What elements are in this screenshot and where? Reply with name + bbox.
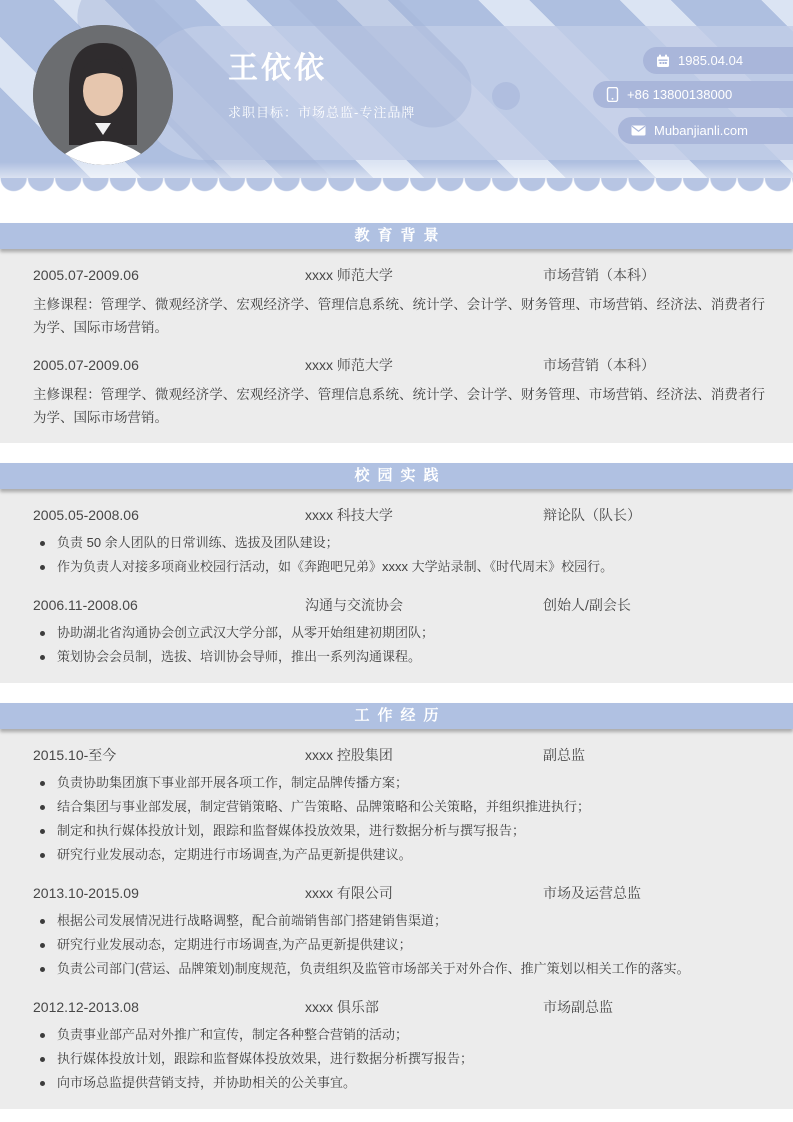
entry: 2006.11-2008.06沟通与交流协会创始人/副会长协助湖北省沟通协会创立… (33, 595, 765, 669)
entry: 2005.07-2009.06xxxx 师范大学市场营销（本科）主修课程：管理学… (33, 265, 765, 339)
section-body: 2015.10-至今xxxx 控股集团副总监负责协助集团旗下事业部开展各项工作，… (0, 729, 793, 1109)
entry-date: 2012.12-2013.08 (33, 997, 305, 1018)
entry-header-row: 2006.11-2008.06沟通与交流协会创始人/副会长 (33, 595, 765, 616)
resume-header: 王依依 求职目标：市场总监-专注品牌 1985.04.04 +86 138001… (0, 0, 793, 178)
entry-role: 市场营销（本科） (543, 355, 765, 376)
section-title: 工作经历 (346, 703, 446, 729)
entry-organization: xxxx 控股集团 (305, 745, 543, 766)
job-objective: 求职目标：市场总监-专注品牌 (228, 102, 415, 121)
bullet-list: 负责协助集团旗下事业部开展各项工作，制定品牌传播方案；结合集团与事业部发展，制定… (33, 771, 765, 867)
section-title: 校园实践 (346, 463, 446, 489)
bullet-item: 向市场总监提供营销支持，并协助相关的公关事宜。 (33, 1071, 765, 1095)
name-block: 王依依 求职目标：市场总监-专注品牌 (228, 52, 415, 121)
avatar (33, 25, 173, 165)
contact-phone-badge: +86 13800138000 (593, 81, 793, 108)
bullet-item: 负责协助集团旗下事业部开展各项工作，制定品牌传播方案； (33, 771, 765, 795)
entry-header-row: 2005.07-2009.06xxxx 师范大学市场营销（本科） (33, 355, 765, 376)
entry-organization: xxxx 有限公司 (305, 883, 543, 904)
entry-role: 创始人/副会长 (543, 595, 765, 616)
section-body: 2005.07-2009.06xxxx 师范大学市场营销（本科）主修课程：管理学… (0, 249, 793, 443)
entry: 2012.12-2013.08xxxx 俱乐部市场副总监负责事业部产品对外推广和… (33, 997, 765, 1095)
phone-text: +86 13800138000 (627, 87, 732, 102)
bullet-item: 制定和执行媒体投放计划，跟踪和监督媒体投放效果，进行数据分析与撰写报告； (33, 819, 765, 843)
sections: 教育背景2005.07-2009.06xxxx 师范大学市场营销（本科）主修课程… (0, 223, 793, 1109)
bullet-item: 负责 50 余人团队的日常训练、选拔及团队建设； (33, 531, 765, 555)
section-body: 2005.05-2008.06xxxx 科技大学辩论队（队长）负责 50 余人团… (0, 489, 793, 683)
bullet-item: 负责事业部产品对外推广和宣传，制定各种整合营销的活动； (33, 1023, 765, 1047)
section-title-bar: 工作经历 (0, 703, 793, 729)
bullet-item: 研究行业发展动态，定期进行市场调查,为产品更新提供建议。 (33, 843, 765, 867)
bullet-item: 结合集团与事业部发展，制定营销策略、广告策略、品牌策略和公关策略，并组织推进执行… (33, 795, 765, 819)
entry-date: 2005.05-2008.06 (33, 505, 305, 526)
course-paragraph: 主修课程：管理学、微观经济学、宏观经济学、管理信息系统、统计学、会计学、财务管理… (33, 293, 765, 339)
section-title-bar: 教育背景 (0, 223, 793, 249)
calendar-icon (656, 54, 670, 68)
entry-date: 2006.11-2008.06 (33, 595, 305, 616)
entry-role: 市场及运营总监 (543, 883, 765, 904)
bullet-list: 负责事业部产品对外推广和宣传，制定各种整合营销的活动；执行媒体投放计划，跟踪和监… (33, 1023, 765, 1095)
entry-organization: xxxx 科技大学 (305, 505, 543, 526)
page-title: 王依依 (228, 52, 415, 86)
entry-organization: xxxx 俱乐部 (305, 997, 543, 1018)
resume-section: 教育背景2005.07-2009.06xxxx 师范大学市场营销（本科）主修课程… (0, 223, 793, 443)
entry-date: 2015.10-至今 (33, 745, 305, 766)
entry: 2015.10-至今xxxx 控股集团副总监负责协助集团旗下事业部开展各项工作，… (33, 745, 765, 867)
bullet-item: 执行媒体投放计划，跟踪和监督媒体投放效果，进行数据分析撰写报告； (33, 1047, 765, 1071)
entry-date: 2013.10-2015.09 (33, 883, 305, 904)
entry-header-row: 2005.07-2009.06xxxx 师范大学市场营销（本科） (33, 265, 765, 286)
resume-section: 工作经历2015.10-至今xxxx 控股集团副总监负责协助集团旗下事业部开展各… (0, 703, 793, 1109)
entry-organization: 沟通与交流协会 (305, 595, 543, 616)
entry-date: 2005.07-2009.06 (33, 355, 305, 376)
bullet-item: 研究行业发展动态，定期进行市场调查,为产品更新提供建议； (33, 933, 765, 957)
bullet-list: 根据公司发展情况进行战略调整，配合前端销售部门搭建销售渠道；研究行业发展动态，定… (33, 909, 765, 981)
entry-header-row: 2005.05-2008.06xxxx 科技大学辩论队（队长） (33, 505, 765, 526)
bullet-item: 作为负责人对接多项商业校园行活动，如《奔跑吧兄弟》xxxx 大学站录制、《时代周… (33, 555, 765, 579)
avatar-placeholder-icon (33, 25, 173, 165)
bullet-item: 负责公司部门(营运、品牌策划)制度规范，负责组织及监管市场部关于对外合作、推广策… (33, 957, 765, 981)
bullet-list: 负责 50 余人团队的日常训练、选拔及团队建设；作为负责人对接多项商业校园行活动… (33, 531, 765, 579)
decorative-circle (492, 82, 520, 110)
entry-header-row: 2012.12-2013.08xxxx 俱乐部市场副总监 (33, 997, 765, 1018)
birthday-text: 1985.04.04 (678, 53, 743, 68)
entry-role: 副总监 (543, 745, 765, 766)
contact-birthday-badge: 1985.04.04 (643, 47, 793, 74)
section-title: 教育背景 (346, 223, 446, 249)
phone-icon (606, 87, 619, 102)
scallop-border (0, 178, 793, 193)
entry: 2013.10-2015.09xxxx 有限公司市场及运营总监根据公司发展情况进… (33, 883, 765, 981)
contact-email-badge: Mubanjianli.com (618, 117, 793, 144)
bullet-item: 策划协会会员制，选拔、培训协会导师，推出一系列沟通课程。 (33, 645, 765, 669)
bullet-item: 根据公司发展情况进行战略调整，配合前端销售部门搭建销售渠道； (33, 909, 765, 933)
section-title-bar: 校园实践 (0, 463, 793, 489)
entry-date: 2005.07-2009.06 (33, 265, 305, 286)
bullet-list: 协助湖北省沟通协会创立武汉大学分部，从零开始组建初期团队；策划协会会员制，选拔、… (33, 621, 765, 669)
entry-header-row: 2013.10-2015.09xxxx 有限公司市场及运营总监 (33, 883, 765, 904)
email-icon (631, 125, 646, 136)
entry-role: 市场副总监 (543, 997, 765, 1018)
entry-organization: xxxx 师范大学 (305, 265, 543, 286)
entry: 2005.05-2008.06xxxx 科技大学辩论队（队长）负责 50 余人团… (33, 505, 765, 579)
resume-section: 校园实践2005.05-2008.06xxxx 科技大学辩论队（队长）负责 50… (0, 463, 793, 683)
entry: 2005.07-2009.06xxxx 师范大学市场营销（本科）主修课程：管理学… (33, 355, 765, 429)
email-text: Mubanjianli.com (654, 123, 748, 138)
entry-header-row: 2015.10-至今xxxx 控股集团副总监 (33, 745, 765, 766)
entry-role: 市场营销（本科） (543, 265, 765, 286)
entry-role: 辩论队（队长） (543, 505, 765, 526)
entry-organization: xxxx 师范大学 (305, 355, 543, 376)
course-paragraph: 主修课程：管理学、微观经济学、宏观经济学、管理信息系统、统计学、会计学、财务管理… (33, 383, 765, 429)
bullet-item: 协助湖北省沟通协会创立武汉大学分部，从零开始组建初期团队； (33, 621, 765, 645)
